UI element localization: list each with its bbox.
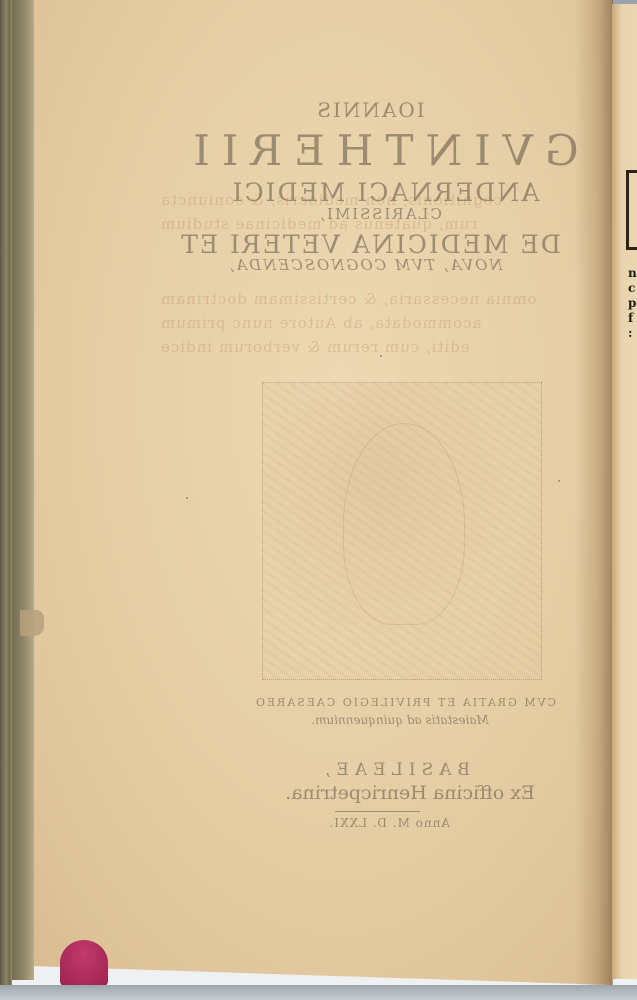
paper-speck xyxy=(186,497,188,499)
imprint-city: BASILEAE, xyxy=(330,760,470,780)
imprint-date: Anno M. D. LXXI. xyxy=(330,816,450,830)
title-line-andernaci: ANDERNACI MEDICI xyxy=(225,178,545,207)
scanner-bottom-edge xyxy=(0,985,637,1000)
red-bookmark-tab xyxy=(60,940,108,986)
adjacent-page-frame xyxy=(626,170,637,250)
woodcut-printer-device xyxy=(262,382,542,680)
title-line-nova: NOVA, TVM COGNOSCENDA, xyxy=(180,256,550,274)
woodcut-caption-line2: Maiestatis ad quinquennium. xyxy=(300,713,500,727)
page-gutter-shadow xyxy=(575,0,613,985)
title-line-de-medicina: DE MEDICINA VETERI ET xyxy=(160,230,580,259)
faint-line: acommodata, ab Autore nunc primum xyxy=(160,314,481,332)
title-line-ioannis: IOANNIS xyxy=(300,98,440,122)
adjacent-page xyxy=(612,4,637,979)
book-spine-edge xyxy=(0,0,12,985)
faint-line: editi, cum rerum & verborum indice xyxy=(160,338,470,356)
imprint-rule xyxy=(335,811,420,812)
paper-speck xyxy=(380,355,382,357)
title-line-clarissimi: CLARISSIMI, xyxy=(310,205,450,223)
woodcut-figure-icon xyxy=(343,423,465,625)
faint-line: omnia necessaria, & certissimam doctrina… xyxy=(160,290,537,308)
imprint-printer: Ex officina Henricpetrina. xyxy=(280,782,540,804)
title-line-gvintherii: GVINTHERII xyxy=(180,126,580,175)
adjacent-page-text: n c p f : xyxy=(628,266,637,341)
woodcut-caption-line1: CVM GRATIA ET PRIVILEGIO CAESAREO xyxy=(240,696,570,709)
paper-speck xyxy=(558,480,560,482)
paper-damage-stain xyxy=(20,610,44,636)
